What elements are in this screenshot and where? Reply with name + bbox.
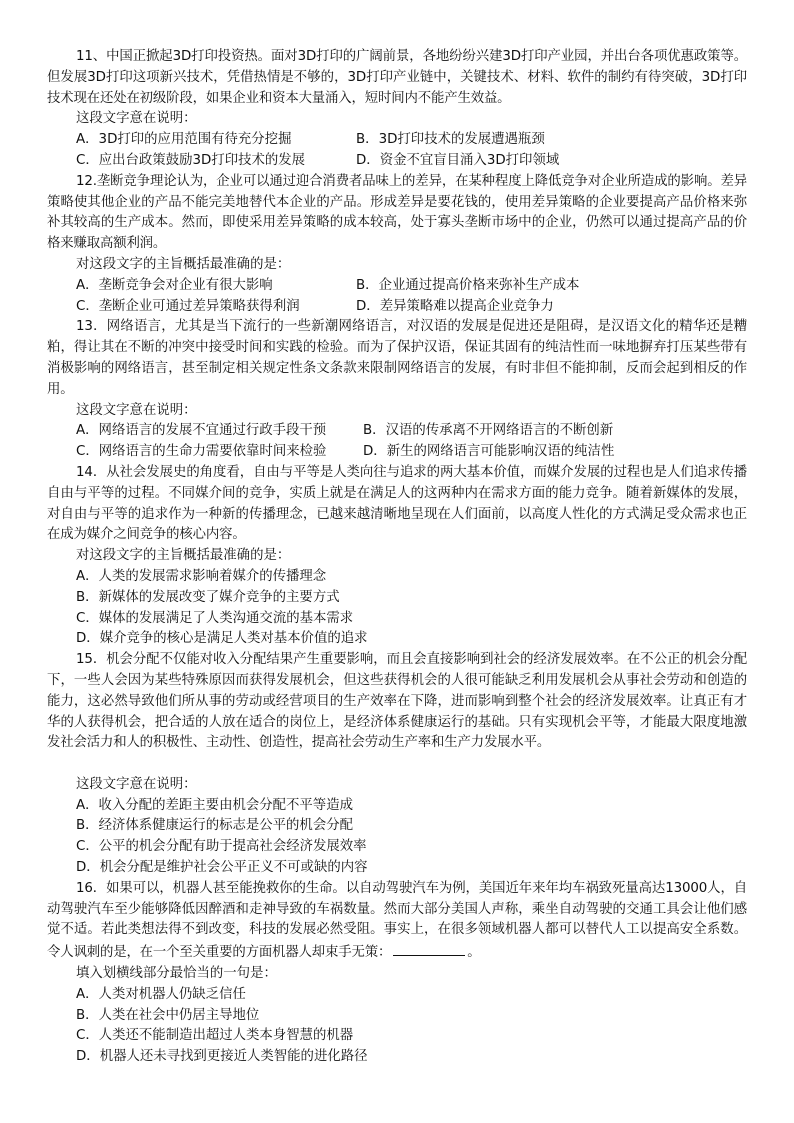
question-13-options-row-1: A．网络语言的发展不宜通过行政手段干预 B．汉语的传承离不开网络语言的不断创新 [47,421,747,442]
question-16-option-d[interactable]: D．机器人还未寻找到更接近人类智能的进化路径 [47,1047,747,1068]
question-12: 12.垄断竞争理论认为，企业可以通过迎合消费者品味上的差异，在某种程度上降低竞争… [47,172,747,318]
question-12-options-row-1: A．垄断竞争会对企业有很大影响 B．企业通过提高价格来弥补生产成本 [47,276,747,297]
question-14-option-c[interactable]: C．媒体的发展满足了人类沟通交流的基本需求 [47,609,747,630]
question-16-option-b[interactable]: B．人类在社会中仍居主导地位 [47,1006,747,1027]
question-13-option-d[interactable]: D．新生的网络语言可能影响汉语的纯洁性 [363,442,614,463]
question-11-option-b[interactable]: B．3D打印技术的发展遭遇瓶颈 [356,130,545,151]
question-14-prompt: 对这段文字的主旨概括最准确的是： [47,546,747,567]
question-13: 13．网络语言，尤其是当下流行的一些新潮网络语言，对汉语的发展是促进还是阻碍，是… [47,317,747,463]
question-11-prompt: 这段文字意在说明： [47,109,747,130]
question-15-passage: 15．机会分配不仅能对收入分配结果产生重要影响，而且会直接影响到社会的经济发展效… [47,650,747,754]
question-15: 15．机会分配不仅能对收入分配结果产生重要影响，而且会直接影响到社会的经济发展效… [47,650,747,879]
question-14: 14．从社会发展史的角度看，自由与平等是人类向往与追求的两大基本价值，而媒介发展… [47,463,747,650]
question-15-option-c[interactable]: C．公平的机会分配有助于提高社会经济发展效率 [47,837,747,858]
question-12-option-a[interactable]: A．垄断竞争会对企业有很大影响 [76,278,273,293]
question-16-option-c[interactable]: C．人类还不能制造出超过人类本身智慧的机器 [47,1026,747,1047]
question-16-prompt: 填入划横线部分最恰当的一句是： [47,964,747,985]
fill-in-blank [393,941,465,956]
question-14-option-d[interactable]: D．媒介竞争的核心是满足人类对基本价值的追求 [47,629,747,650]
question-11: 11、中国正掀起3D打印投资热。面对3D打印的广阔前景，各地纷纷兴建3D打印产业… [47,47,747,172]
question-16-option-a[interactable]: A．人类对机器人仍缺乏信任 [47,985,747,1006]
question-15-prompt: 这段文字意在说明： [47,775,747,796]
exam-page: 11、中国正掀起3D打印投资热。面对3D打印的广阔前景，各地纷纷兴建3D打印产业… [47,47,747,1068]
question-11-option-a[interactable]: A．3D打印的应用范围有待充分挖掘 [76,132,291,147]
question-11-options-row-2: C．应出台政策鼓励3D打印技术的发展 D．资金不宜盲目涌入3D打印领域 [47,151,747,172]
question-16-passage-end: 。 [467,945,480,960]
question-14-option-b[interactable]: B．新媒体的发展改变了媒介竞争的主要方式 [47,588,747,609]
question-14-passage: 14．从社会发展史的角度看，自由与平等是人类向往与追求的两大基本价值，而媒介发展… [47,463,747,546]
question-16: 16．如果可以，机器人甚至能挽救你的生命。以自动驾驶汽车为例，美国近年来年均车祸… [47,879,747,1068]
question-15-option-a[interactable]: A．收入分配的差距主要由机会分配不平等造成 [47,796,747,817]
question-11-option-d[interactable]: D．资金不宜盲目涌入3D打印领域 [356,151,559,172]
blank-spacer [47,754,747,775]
question-16-passage: 16．如果可以，机器人甚至能挽救你的生命。以自动驾驶汽车为例，美国近年来年均车祸… [47,879,747,964]
question-12-passage: 12.垄断竞争理论认为，企业可以通过迎合消费者品味上的差异，在某种程度上降低竞争… [47,172,747,255]
question-12-options-row-2: C．垄断企业可通过差异策略获得利润 D．差异策略难以提高企业竞争力 [47,297,747,318]
question-13-option-b[interactable]: B．汉语的传承离不开网络语言的不断创新 [363,421,613,442]
question-15-option-b[interactable]: B．经济体系健康运行的标志是公平的机会分配 [47,816,747,837]
question-13-option-c[interactable]: C．网络语言的生命力需要依靠时间来检验 [76,444,326,459]
question-11-options-row-1: A．3D打印的应用范围有待充分挖掘 B．3D打印技术的发展遭遇瓶颈 [47,130,747,151]
question-11-passage: 11、中国正掀起3D打印投资热。面对3D打印的广阔前景，各地纷纷兴建3D打印产业… [47,47,747,109]
question-12-prompt: 对这段文字的主旨概括最准确的是： [47,255,747,276]
question-11-option-c[interactable]: C．应出台政策鼓励3D打印技术的发展 [76,153,305,168]
question-13-passage: 13．网络语言，尤其是当下流行的一些新潮网络语言，对汉语的发展是促进还是阻碍，是… [47,317,747,400]
question-13-options-row-2: C．网络语言的生命力需要依靠时间来检验 D．新生的网络语言可能影响汉语的纯洁性 [47,442,747,463]
question-12-option-c[interactable]: C．垄断企业可通过差异策略获得利润 [76,299,300,314]
question-13-prompt: 这段文字意在说明： [47,401,747,422]
question-12-option-b[interactable]: B．企业通过提高价格来弥补生产成本 [356,276,579,297]
question-12-option-d[interactable]: D．差异策略难以提高企业竞争力 [356,297,554,318]
question-15-option-d[interactable]: D．机会分配是维护社会公平正义不可或缺的内容 [47,858,747,879]
question-14-option-a[interactable]: A．人类的发展需求影响着媒介的传播理念 [47,567,747,588]
question-13-option-a[interactable]: A．网络语言的发展不宜通过行政手段干预 [76,423,326,438]
